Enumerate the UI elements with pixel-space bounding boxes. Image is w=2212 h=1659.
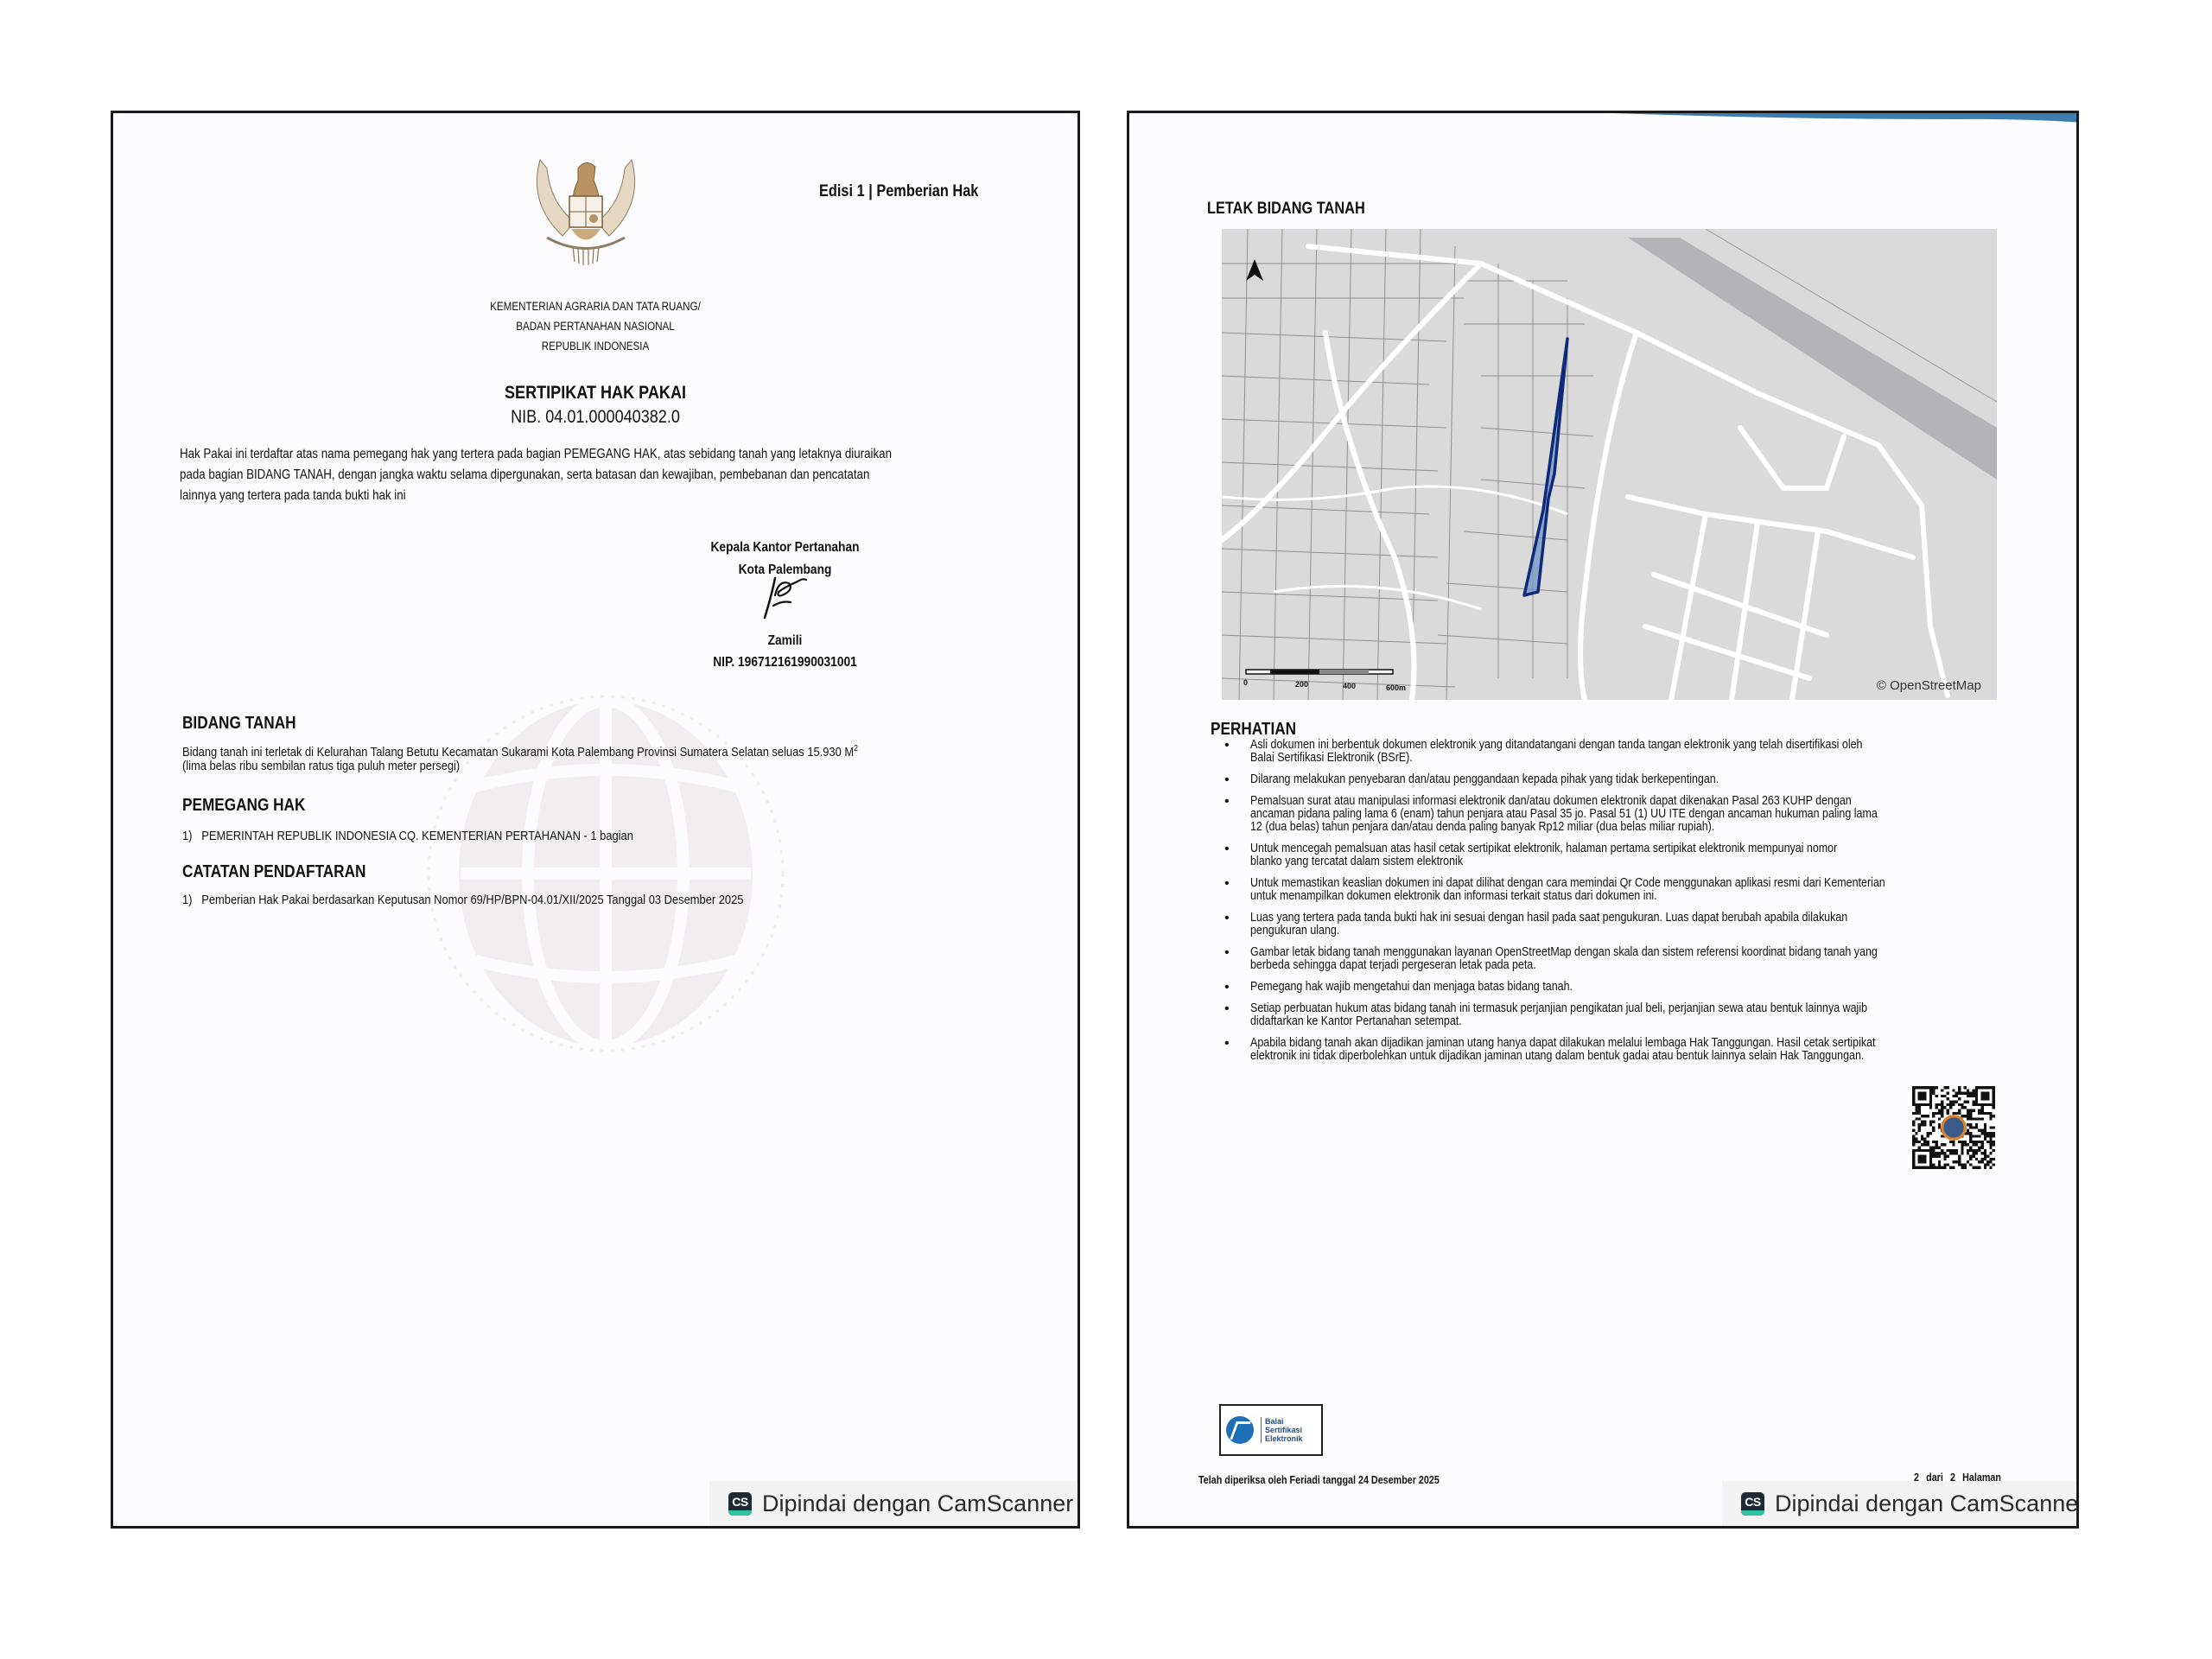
registration-note: Pemberian Hak Pakai berdasarkan Keputusa…: [201, 893, 743, 907]
item-number: 1): [182, 893, 192, 907]
signatory-nip: NIP. 196712161990031001: [683, 655, 887, 671]
bsre-emblem-icon: [1226, 1416, 1254, 1444]
section-heading-catatan-pendaftaran: CATATAN PENDAFTARAN: [182, 862, 365, 882]
checked-by-note: Telah diperiksa oleh Feriadi tanggal 24 …: [1198, 1474, 1440, 1486]
notice-item: Untuk memastikan keaslian dokumen ini da…: [1224, 877, 2028, 903]
scale-label-200: 200: [1295, 680, 1308, 689]
area-unit-superscript: 2: [854, 744, 858, 753]
bsre-logo: Balai Sertifikasi Elektronik: [1219, 1404, 1323, 1456]
notice-list: Asli dokumen ini berbentuk dokumen elekt…: [1224, 739, 2028, 1071]
holder-name: PEMERINTAH REPUBLIK INDONESIA CQ. KEMENT…: [201, 829, 633, 843]
certificate-page-2: LETAK BIDANG TANAH: [1127, 111, 2079, 1529]
notice-line: Apabila bidang tanah akan dijadikan jami…: [1250, 1037, 2053, 1050]
notice-item: Apabila bidang tanah akan dijadikan jami…: [1224, 1037, 2028, 1063]
map-attribution[interactable]: © OpenStreetMap: [1877, 678, 1981, 693]
certificate-nib: NIB. 04.01.000040382.0: [181, 407, 1010, 428]
camscanner-label: Dipindai dengan CamScanner: [1775, 1491, 2079, 1517]
section-heading-perhatian: PERHATIAN: [1211, 720, 1296, 740]
camscanner-logo-icon: CS: [1741, 1492, 1764, 1516]
bidang-tanah-description: Bidang tanah ini terletak di Kelurahan T…: [182, 742, 858, 773]
certificate-title: SERTIPIKAT HAK PAKAI: [181, 383, 1010, 404]
notice-line: didaftarkan ke Kantor Pertanahan setempa…: [1250, 1015, 2053, 1028]
notice-line: 12 (dua belas) tahun penjara dan/atau de…: [1250, 821, 2053, 834]
notice-line: Gambar letak bidang tanah menggunakan la…: [1250, 946, 2053, 959]
notice-line: Pemalsuan surat atau manipulasi informas…: [1250, 795, 2053, 808]
notice-line: Setiap perbuatan hukum atas bidang tanah…: [1250, 1002, 2053, 1015]
signature-icon: [753, 569, 813, 623]
notice-line: Untuk mencegah pemalsuan atas hasil ceta…: [1250, 842, 2053, 855]
intro-line: pada bagian BIDANG TANAH, dengan jangka …: [180, 465, 982, 486]
ministry-line: REPUBLIK INDONESIA: [181, 336, 1010, 356]
garuda-emblem-icon: [521, 143, 651, 272]
item-number: 1): [182, 829, 192, 843]
notice-item: Dilarang melakukan penyebaran dan/atau p…: [1224, 773, 2028, 786]
map-canvas: [1222, 229, 1997, 700]
edition-label: Edisi 1 | Pemberian Hak: [819, 182, 978, 201]
notice-line: pengukuran ulang.: [1250, 925, 2053, 938]
scale-label-0: 0: [1243, 678, 1248, 687]
certificate-page-1: Edisi 1 | Pemberian Hak KEMENTERIAN AGRA…: [111, 111, 1080, 1529]
bidang-tanah-area-words: (lima belas ribu sembilan ratus tiga pul…: [182, 759, 460, 773]
notice-line: Luas yang tertera pada tanda bukti hak i…: [1250, 912, 2053, 925]
ministry-line: KEMENTERIAN AGRARIA DAN TATA RUANG/: [181, 296, 1010, 316]
signatory-title-line: Kepala Kantor Pertanahan: [683, 537, 887, 559]
ministry-header: KEMENTERIAN AGRARIA DAN TATA RUANG/ BADA…: [113, 296, 1077, 356]
section-heading-pemegang-hak: PEMEGANG HAK: [182, 796, 305, 816]
scale-label-400: 400: [1343, 682, 1356, 690]
pemegang-hak-item: 1) PEMERINTAH REPUBLIK INDONESIA CQ. KEM…: [182, 829, 633, 843]
scan-edge-strip: [1613, 113, 2079, 124]
notice-item: Setiap perbuatan hukum atas bidang tanah…: [1224, 1002, 2028, 1028]
bpn-globe-watermark-icon: [424, 649, 787, 1098]
camscanner-watermark-badge: CS Dipindai dengan CamScanner: [709, 1481, 1077, 1526]
parcel-location-map[interactable]: 0 200 400 600m © OpenStreetMap: [1222, 229, 1997, 700]
notice-line: untuk menampilkan dokumen elektronik dan…: [1250, 890, 2053, 903]
intro-line: Hak Pakai ini terdaftar atas nama pemega…: [180, 444, 982, 465]
intro-line: lainnya yang tertera pada tanda bukti ha…: [180, 486, 982, 506]
camscanner-label: Dipindai dengan CamScanner: [762, 1491, 1073, 1517]
catatan-pendaftaran-item: 1) Pemberian Hak Pakai berdasarkan Keput…: [182, 893, 743, 907]
notice-item: Pemegang hak wajib mengetahui dan menjag…: [1224, 981, 2028, 994]
notice-item: Pemalsuan surat atau manipulasi informas…: [1224, 795, 2028, 834]
intro-paragraph: Hak Pakai ini terdaftar atas nama pemega…: [180, 444, 1080, 506]
notice-line: berbeda sehingga dapat terjadi pergesera…: [1250, 959, 2053, 972]
camscanner-watermark-badge: CS Dipindai dengan CamScanner: [1722, 1481, 2076, 1526]
notice-line: Pemegang hak wajib mengetahui dan menjag…: [1250, 981, 2053, 994]
ministry-line: BADAN PERTANAHAN NASIONAL: [181, 316, 1010, 336]
notice-item: Asli dokumen ini berbentuk dokumen elekt…: [1224, 739, 2028, 765]
notice-line: elektronik ini tidak diperbolehkan untuk…: [1250, 1050, 2053, 1063]
notice-line: ancaman pidana paling lama 6 (enam) tahu…: [1250, 808, 2053, 821]
notice-item: Gambar letak bidang tanah menggunakan la…: [1224, 946, 2028, 972]
section-heading-bidang-tanah: BIDANG TANAH: [182, 714, 296, 734]
section-heading-letak-bidang-tanah: LETAK BIDANG TANAH: [1207, 200, 1365, 219]
qr-code-icon[interactable]: [1912, 1086, 1995, 1169]
signatory-name: Zamili: [683, 633, 887, 649]
notice-line: Balai Sertifikasi Elektronik (BSrE).: [1250, 752, 2053, 765]
notice-line: Dilarang melakukan penyebaran dan/atau p…: [1250, 773, 2053, 786]
scale-label-600m: 600m: [1386, 683, 1406, 692]
notice-item: Luas yang tertera pada tanda bukti hak i…: [1224, 912, 2028, 938]
camscanner-logo-icon: CS: [728, 1492, 752, 1516]
notice-line: Untuk memastikan keaslian dokumen ini da…: [1250, 877, 2053, 890]
bsre-logo-text: Balai Sertifikasi Elektronik: [1261, 1417, 1303, 1443]
bidang-tanah-location: Bidang tanah ini terletak di Kelurahan T…: [182, 745, 854, 760]
notice-line: Asli dokumen ini berbentuk dokumen elekt…: [1250, 739, 2053, 752]
notice-item: Untuk mencegah pemalsuan atas hasil ceta…: [1224, 842, 2028, 868]
notice-line: blanko yang tercatat dalam sistem elektr…: [1250, 855, 2053, 868]
